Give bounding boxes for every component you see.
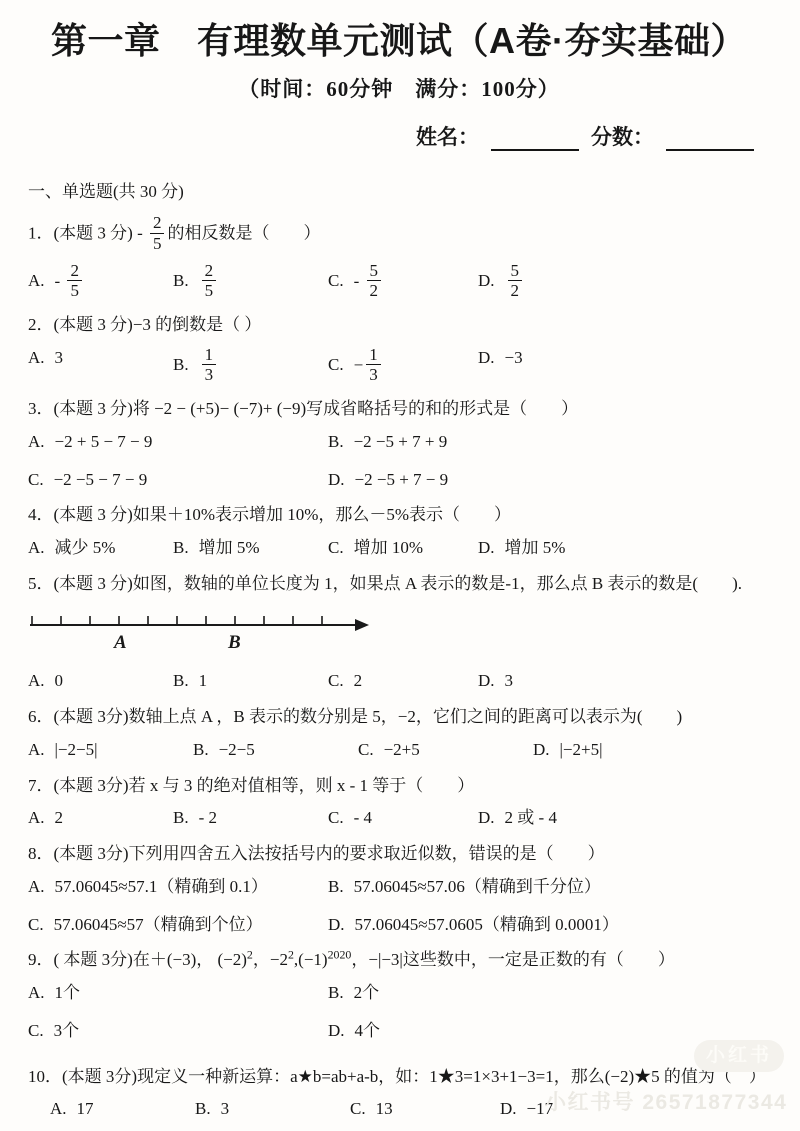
question-3-options: A.−2 + 5 − 7 − 9 B.−2 −5 + 7 + 9 C.−2 −5… [28, 430, 770, 492]
question-4: 4．(本题 3 分)如果＋10%表示增加 10%，那么－5%表示（ ） A.减少… [28, 503, 770, 559]
fraction: 25 [150, 214, 165, 253]
question-5: 5．(本题 3 分)如图，数轴的单位长度为 1，如果点 A 表示的数是-1，那么… [28, 572, 770, 693]
option-a: A.3 [28, 346, 173, 385]
option-a: A.57.06045≈57.1（精确到 0.1） [28, 875, 328, 899]
option-c: C.3个 [28, 1019, 328, 1043]
option-a: A.0 [28, 669, 173, 693]
option-c: C.−2 −5 − 7 − 9 [28, 468, 328, 492]
question-9: 9．( 本题 3分)在＋(−3)， (−2)2，−22,(−1)2020，−|−… [28, 948, 770, 1042]
question-8-options: A.57.06045≈57.1（精确到 0.1） B.57.06045≈57.0… [28, 875, 770, 937]
score-blank-line [666, 123, 754, 151]
question-7-stem: 7．(本题 3分)若 x 与 3 的绝对值相等，则 x - 1 等于（ ） [28, 774, 770, 799]
option-d: D.−3 [478, 346, 770, 385]
exponent: 2020 [328, 948, 352, 962]
fraction-numerator: 2 [150, 214, 165, 234]
option-d: D.2 或 - 4 [478, 806, 770, 830]
option-c: C.增加 10% [328, 536, 478, 560]
question-9-stem: 9．( 本题 3分)在＋(−3)， (−2)2，−22,(−1)2020，−|−… [28, 948, 770, 973]
question-1-options: A.- 25 B.25 C.- 52 D.52 [28, 262, 770, 301]
fraction: 25 [67, 262, 82, 301]
option-d: D.|−2+5| [533, 738, 770, 762]
question-3: 3．(本题 3 分)将 −2 − (+5)− (−7)+ (−9)写成省略括号的… [28, 397, 770, 491]
question-3-stem: 3．(本题 3 分)将 −2 − (+5)− (−7)+ (−9)写成省略括号的… [28, 397, 770, 422]
number-line-svg: A B [28, 608, 378, 656]
question-2-stem: 2．(本题 3 分)−3 的倒数是（ ） [28, 313, 770, 338]
question-1: 1．(本题 3 分) - 25的相反数是（ ） A.- 25 B.25 C.- … [28, 214, 770, 301]
option-c: C.57.06045≈57（精确到个位） [28, 913, 328, 937]
question-6-options: A.|−2−5| B.−2−5 C.−2+5 D.|−2+5| [28, 738, 770, 762]
option-d: D.3 [478, 669, 770, 693]
option-d: D.−2 −5 + 7 − 9 [328, 468, 770, 492]
question-8: 8．(本题 3分)下列用四舍五入法按括号内的要求取近似数，错误的是（ ） A.5… [28, 842, 770, 936]
option-b: B.13 [173, 346, 328, 385]
option-b: B.- 2 [173, 806, 328, 830]
option-b: B.25 [173, 262, 328, 301]
question-4-stem: 4．(本题 3 分)如果＋10%表示增加 10%，那么－5%表示（ ） [28, 503, 770, 528]
name-blank-line [491, 123, 579, 151]
fraction: 52 [367, 262, 382, 301]
number-line-figure: A B [28, 608, 770, 661]
xiaohongshu-watermark-badge: 小红书 [694, 1040, 784, 1072]
test-paper-page: 第一章 有理数单元测试（A卷·夯实基础） （时间：60分钟 满分：100分） 姓… [0, 0, 800, 1121]
option-a: A.17 [50, 1097, 195, 1121]
question-1-stem: 1．(本题 3 分) - 25的相反数是（ ） [28, 214, 770, 253]
fraction: 52 [508, 262, 523, 301]
option-c: C.- 52 [328, 262, 478, 301]
option-b: B.−2−5 [193, 738, 358, 762]
question-9-options: A.1个 B.2个 C.3个 D.4个 [28, 981, 770, 1043]
fraction: 13 [366, 346, 381, 385]
question-2: 2．(本题 3 分)−3 的倒数是（ ） A.3 B.13 C.−13 D.−3 [28, 313, 770, 385]
question-7: 7．(本题 3分)若 x 与 3 的绝对值相等，则 x - 1 等于（ ） A.… [28, 774, 770, 830]
question-8-stem: 8．(本题 3分)下列用四舍五入法按括号内的要求取近似数，错误的是（ ） [28, 842, 770, 867]
option-a: A.2 [28, 806, 173, 830]
exam-time-score-info: （时间：60分钟 满分：100分） [28, 73, 770, 103]
option-d: D.4个 [328, 1019, 770, 1043]
stem-text: ,(−1) [294, 950, 328, 969]
section-title: 一、单选题(共 30 分) [28, 177, 770, 202]
option-c: C.−13 [328, 346, 478, 385]
score-label: 分数： [591, 121, 654, 151]
stem-text: 的相反数是（ ） [167, 224, 320, 243]
stem-text: 1．(本题 3 分) - [28, 224, 147, 243]
option-b: B.57.06045≈57.06（精确到千分位） [328, 875, 770, 899]
page-title: 第一章 有理数单元测试（A卷·夯实基础） [28, 20, 770, 61]
name-score-row: 姓名： 分数： [28, 121, 770, 151]
fraction-denominator: 5 [150, 234, 165, 254]
question-6-stem: 6．(本题 3分)数轴上点 A ，B 表示的数分别是 5，−2，它们之间的距离可… [28, 705, 770, 730]
option-b: B.−2 −5 + 7 + 9 [328, 430, 770, 454]
option-b: B.2个 [328, 981, 770, 1005]
point-b-label: B [227, 632, 241, 653]
stem-text: ，−|−3|这些数中，一定是正数的有（ ） [351, 950, 674, 969]
point-a-label: A [113, 632, 127, 653]
option-c: C.2 [328, 669, 478, 693]
option-a: A.1个 [28, 981, 328, 1005]
option-b: B.3 [195, 1097, 350, 1121]
xiaohongshu-watermark-id: 小红书号 26571877344 [545, 1086, 787, 1116]
question-5-stem: 5．(本题 3 分)如图，数轴的单位长度为 1，如果点 A 表示的数是-1，那么… [28, 572, 770, 597]
question-6: 6．(本题 3分)数轴上点 A ，B 表示的数分别是 5，−2，它们之间的距离可… [28, 705, 770, 761]
fraction: 13 [202, 346, 217, 385]
option-b: B.增加 5% [173, 536, 328, 560]
question-7-options: A.2 B.- 2 C.- 4 D.2 或 - 4 [28, 806, 770, 830]
option-d: D.57.06045≈57.0605（精确到 0.0001） [328, 913, 770, 937]
stem-text: 9．( 本题 3分)在＋(−3)， (−2) [28, 950, 247, 969]
option-d: D.增加 5% [478, 536, 770, 560]
name-label: 姓名： [416, 121, 479, 151]
option-c: C.−2+5 [358, 738, 533, 762]
option-b: B.1 [173, 669, 328, 693]
question-5-options: A.0 B.1 C.2 D.3 [28, 669, 770, 693]
option-a: A.- 25 [28, 262, 173, 301]
option-d: D.52 [478, 262, 770, 301]
question-2-options: A.3 B.13 C.−13 D.−3 [28, 346, 770, 385]
fraction: 25 [202, 262, 217, 301]
option-a: A.−2 + 5 − 7 − 9 [28, 430, 328, 454]
option-c: C.- 4 [328, 806, 478, 830]
option-a: A.减少 5% [28, 536, 173, 560]
option-a: A.|−2−5| [28, 738, 193, 762]
option-c: C.13 [350, 1097, 500, 1121]
stem-text: ，−2 [253, 950, 288, 969]
question-4-options: A.减少 5% B.增加 5% C.增加 10% D.增加 5% [28, 536, 770, 560]
